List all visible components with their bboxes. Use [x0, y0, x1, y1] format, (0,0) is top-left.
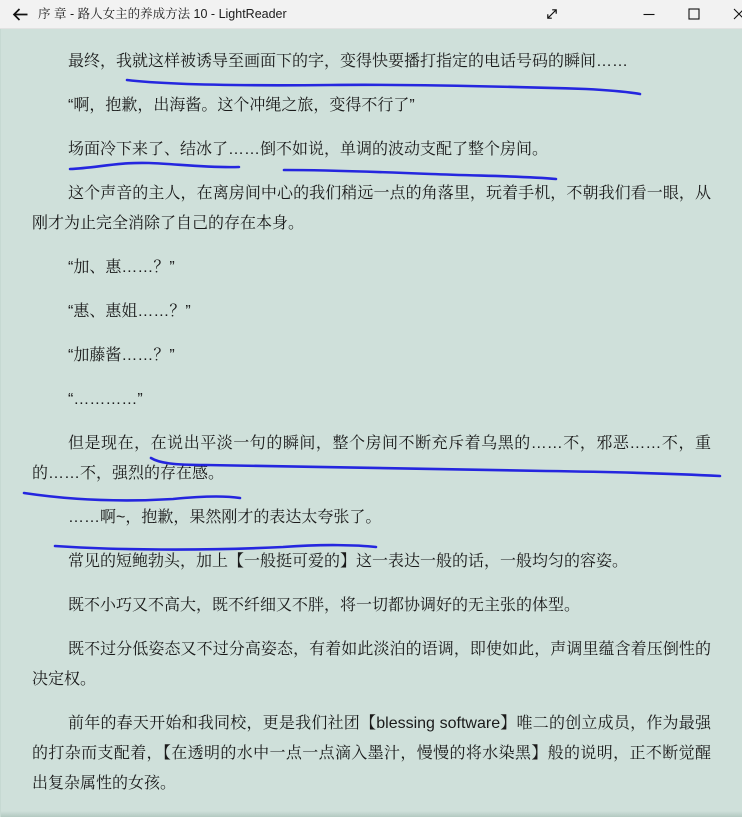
paragraph: 这个声音的主人，在离房间中心的我们稍远一点的角落里，玩着手机，不朝我们看一眼，从… [32, 179, 711, 239]
paragraph: 场面冷下来了、结冰了……倒不如说，单调的波动支配了整个房间。 [32, 135, 711, 165]
back-button[interactable] [4, 0, 36, 28]
minimize-icon [643, 8, 655, 20]
paragraph: “啊，抱歉，出海酱。这个冲绳之旅，变得不行了” [32, 91, 711, 121]
paragraph: 但是现在，在说出平淡一句的瞬间，整个房间不断充斥着乌黑的……不，邪恶……不，重的… [32, 429, 711, 489]
paragraph: “惠、惠姐……？” [32, 297, 711, 327]
minimize-button[interactable] [626, 0, 671, 28]
maximize-button[interactable] [671, 0, 716, 28]
back-arrow-icon [12, 7, 29, 22]
paragraph: 最终，我就这样被诱导至画面下的字，变得快要播打指定的电话号码的瞬间…… [32, 47, 711, 77]
paragraph: “加藤酱……？” [32, 341, 711, 371]
paragraph: “加、惠……？” [32, 253, 711, 283]
window-bottom-edge [1, 811, 742, 817]
paragraph: ……啊~，抱歉，果然刚才的表达太夸张了。 [32, 503, 711, 533]
paragraph: 常见的短鲍勃头，加上【一般挺可爱的】这一表达一般的话，一般均匀的容姿。 [32, 547, 711, 577]
close-icon [733, 8, 742, 20]
reader-content[interactable]: 最终，我就这样被诱导至画面下的字，变得快要播打指定的电话号码的瞬间…… “啊，抱… [0, 29, 742, 817]
paragraph: 既不过分低姿态又不过分高姿态，有着如此淡泊的语调，即使如此，声调里蕴含着压倒性的… [32, 635, 711, 695]
titlebar: 序 章 - 路人女主的养成方法 10 - LightReader [0, 0, 742, 29]
close-button[interactable] [716, 0, 742, 28]
fullscreen-button[interactable] [536, 0, 568, 28]
page-text: 最终，我就这样被诱导至画面下的字，变得快要播打指定的电话号码的瞬间…… “啊，抱… [1, 29, 742, 799]
window-title: 序 章 - 路人女主的养成方法 10 - LightReader [38, 0, 287, 28]
paragraph: “…………” [32, 385, 711, 415]
fullscreen-expand-icon [545, 7, 559, 21]
paragraph: 前年的春天开始和我同校，更是我们社团【blessing software】唯二的… [32, 709, 711, 799]
paragraph: 既不小巧又不高大，既不纤细又不胖，将一切都协调好的无主张的体型。 [32, 591, 711, 621]
maximize-icon [688, 8, 700, 20]
